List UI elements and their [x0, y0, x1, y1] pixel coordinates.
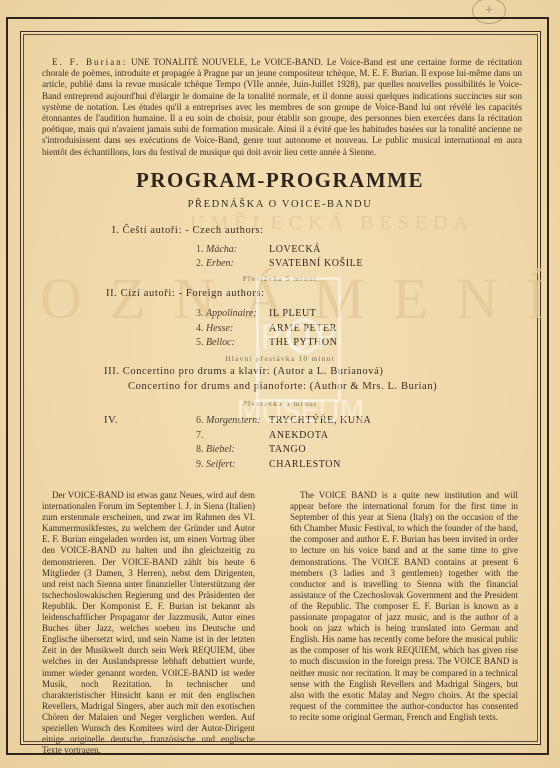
item-number: 7.: [196, 430, 204, 441]
item-work: THE PYTHON: [269, 337, 338, 348]
item-author: Erben:: [206, 258, 234, 269]
item-work: CHARLESTON: [269, 459, 341, 470]
item-number: 1.: [196, 244, 204, 255]
item-work: LOVECKÁ: [269, 244, 321, 255]
section-2-heading: II. Cizí autoři: - Foreign authors:: [106, 288, 265, 299]
item-author: Hesse:: [206, 323, 233, 334]
item-number: 6.: [196, 415, 204, 426]
program-title: PROGRAM-PROGRAMME: [0, 168, 560, 193]
document-page: + UMĚLECKÁ BESEDA OZNÁMENÍ E. F. Burian:…: [0, 0, 560, 768]
intro-heading: UNE TONALITÉ NOUVELE,: [131, 57, 247, 67]
item-work: IL PLEUT: [269, 308, 316, 319]
item-work: ANEKDOTA: [269, 430, 329, 441]
item-number: 5.: [196, 337, 204, 348]
intro-byline: E. F. Burian:: [52, 57, 127, 67]
item-author: Appolinaire:: [206, 308, 257, 319]
interval-note: Přestávka 5 minut: [0, 399, 560, 408]
section-1-heading: I. Čeští autoři: - Czech authors:: [112, 225, 264, 236]
section-4-heading: IV.: [104, 415, 118, 426]
item-work: ARME PETER: [269, 323, 337, 334]
item-number: 9.: [196, 459, 204, 470]
german-description: Der VOICE-BAND ist etwas ganz Neues, wir…: [42, 490, 255, 756]
item-author: Seifert:: [206, 459, 235, 470]
section-3-heading-en: Concertino for drums and pianoforte: (Au…: [128, 381, 437, 392]
intro-text: Le VOICE-BAND. Le Voice-Band est une cer…: [42, 57, 522, 157]
item-author: Morgenstern:: [206, 415, 261, 426]
item-work: SVATEBNÍ KOŠILE: [269, 258, 363, 269]
english-description: The VOICE BAND is a quite new institutio…: [290, 490, 518, 723]
item-number: 2.: [196, 258, 204, 269]
interval-note: Hlavní přestávka 10 minut: [0, 354, 560, 363]
item-author: Belloc:: [206, 337, 235, 348]
item-work: TRYCHTÝŘE, KUNA: [269, 415, 371, 426]
section-3-heading: III. Concertino pro drums a klavír: (Aut…: [104, 366, 383, 377]
item-author: Biebel:: [206, 444, 235, 455]
intro-paragraph: E. F. Burian: UNE TONALITÉ NOUVELE, Le V…: [42, 57, 522, 158]
item-author: Mácha:: [206, 244, 237, 255]
program-subtitle: PŘEDNÁŠKA O VOICE-BANDU: [0, 199, 560, 210]
item-work: TANGO: [269, 444, 306, 455]
interval-note: Přestávka 5 minut: [0, 274, 560, 283]
item-number: 3.: [196, 308, 204, 319]
item-number: 4.: [196, 323, 204, 334]
item-number: 8.: [196, 444, 204, 455]
